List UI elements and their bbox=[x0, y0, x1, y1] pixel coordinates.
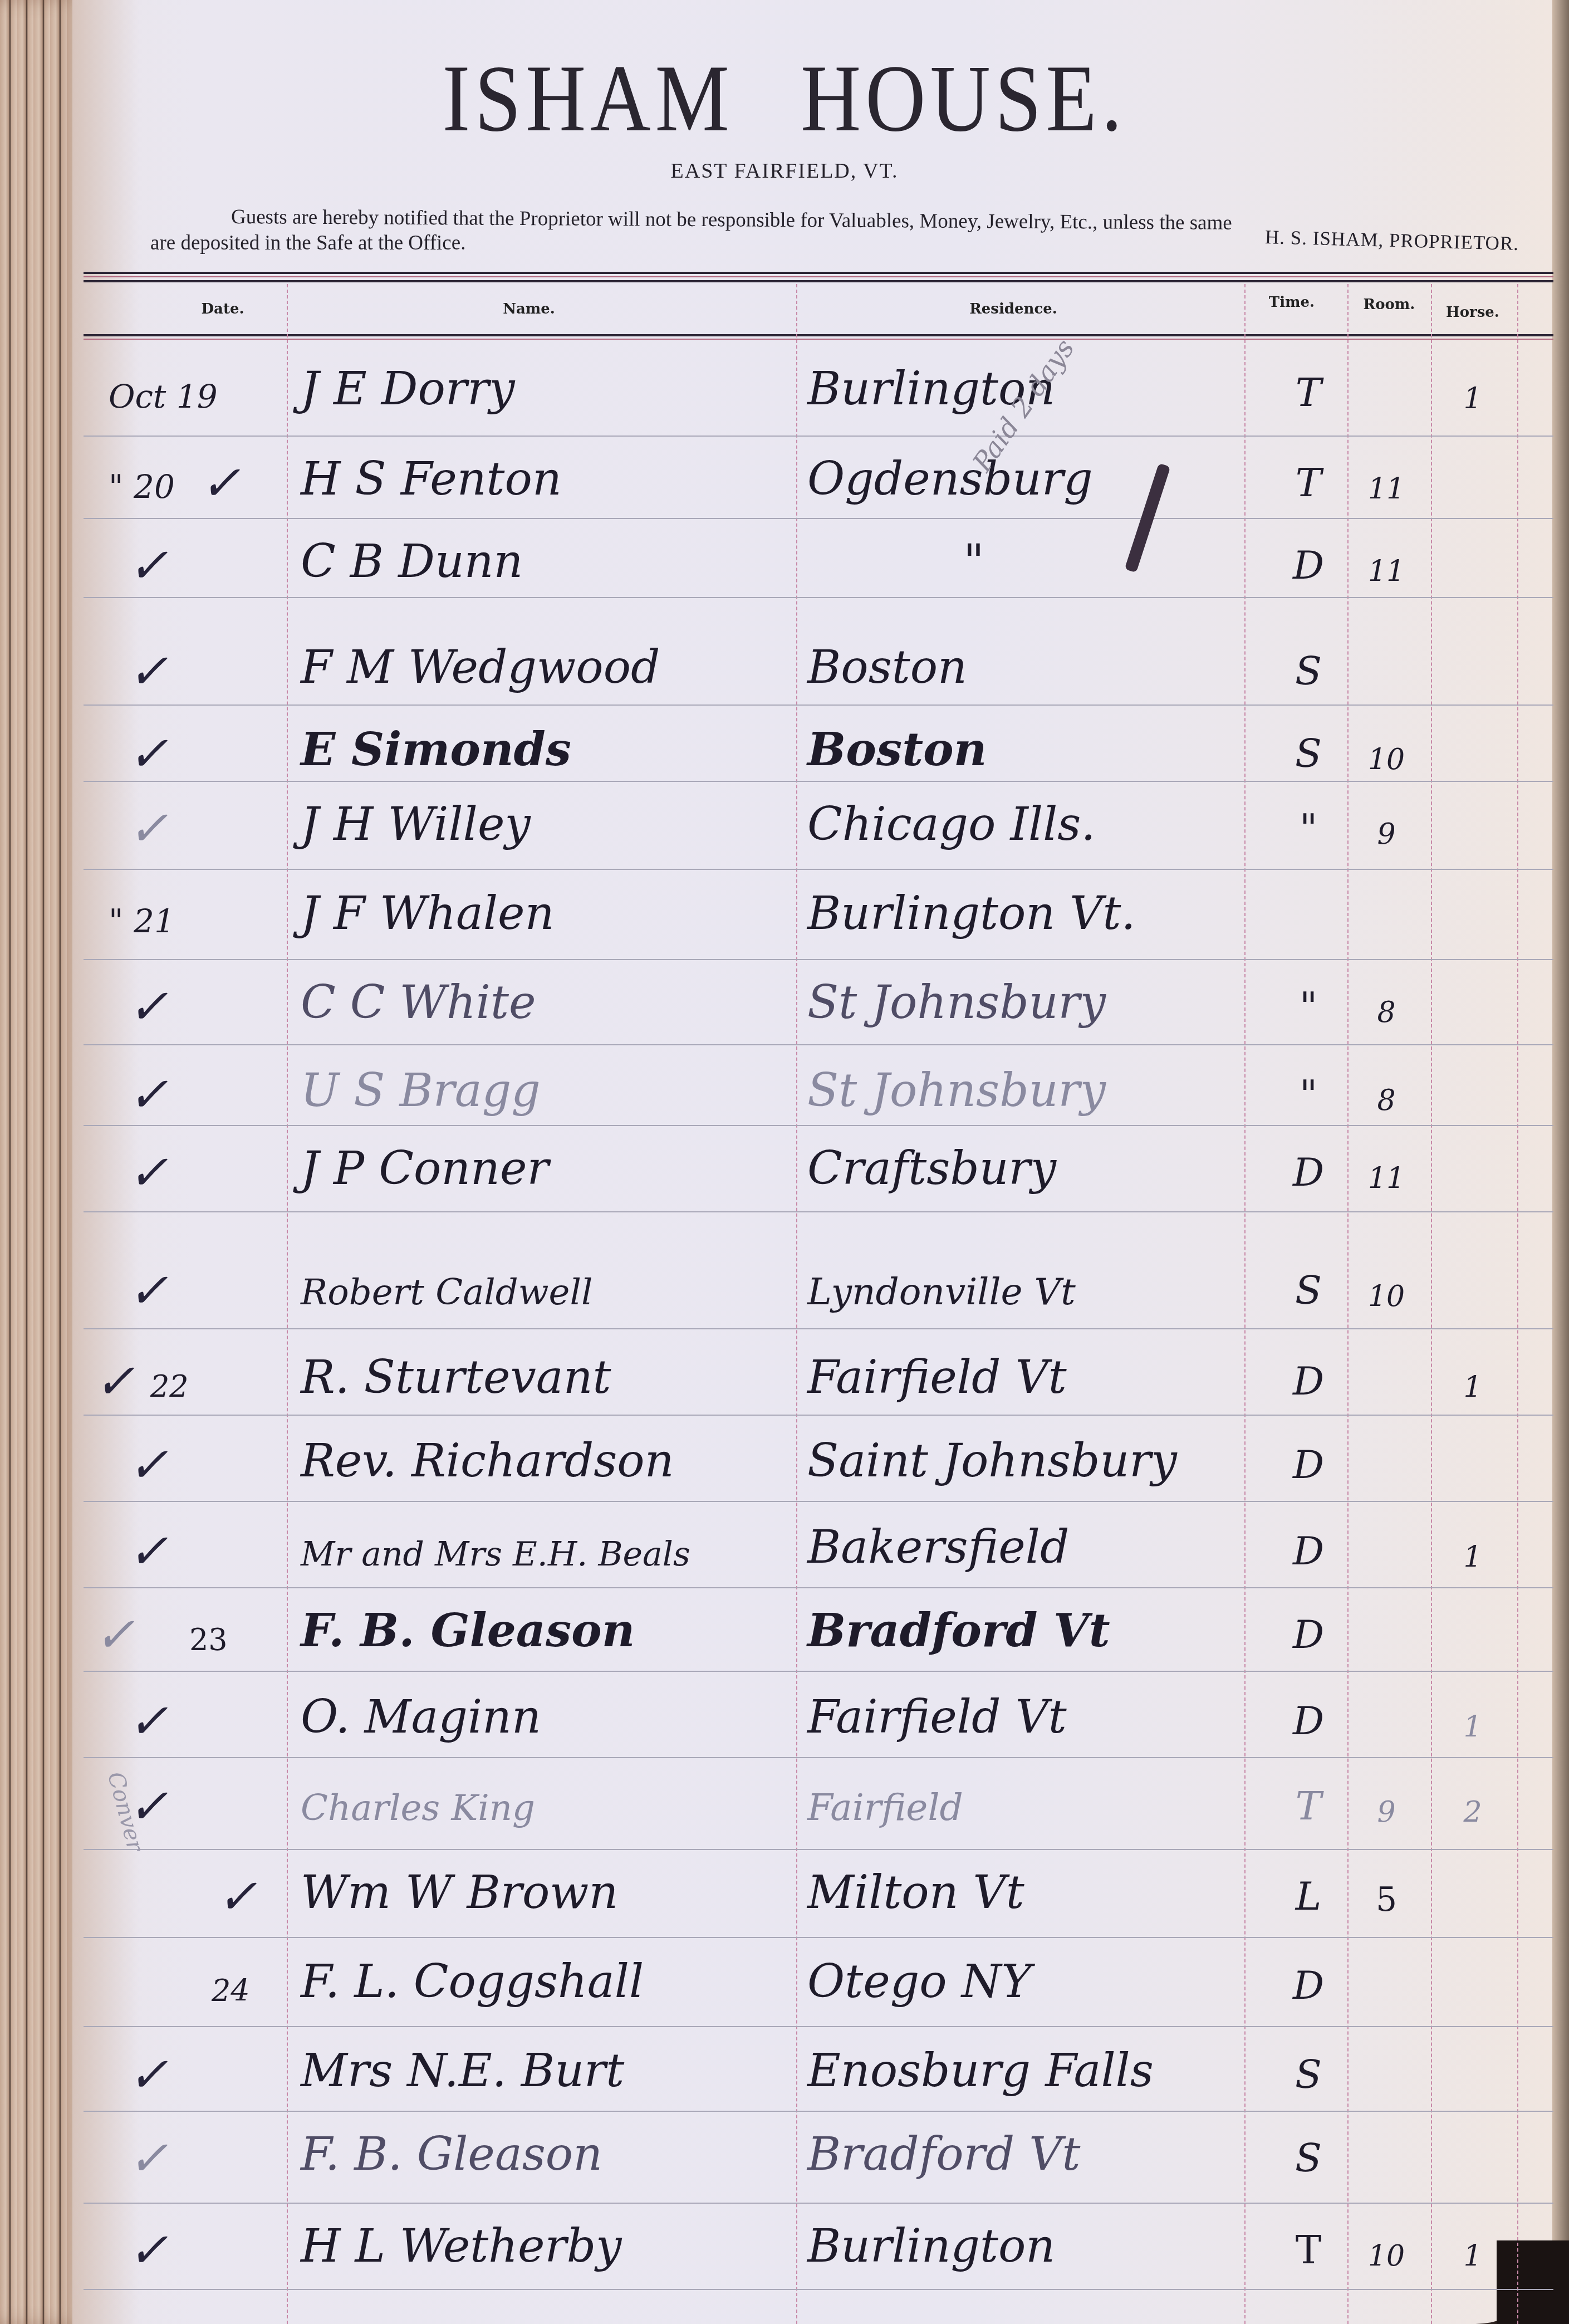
register-entry: ✓ 23 F. B. Gleason Bradford Vt D bbox=[84, 1587, 1553, 1666]
entry-name: H S Fenton bbox=[301, 453, 791, 506]
entry-room: 9 bbox=[1350, 1795, 1423, 1829]
ruled-line bbox=[84, 1757, 1553, 1758]
entry-time: T bbox=[1275, 460, 1342, 506]
entry-horse: 1 bbox=[1436, 382, 1509, 415]
entry-time: D bbox=[1275, 1963, 1342, 2008]
entry-residence: Bradford Vt bbox=[807, 1604, 1247, 1657]
entry-date: " 21 bbox=[109, 902, 287, 940]
entry-name: E Simonds bbox=[301, 723, 791, 776]
column-header-name: Name. bbox=[484, 301, 573, 317]
entry-time: D bbox=[1275, 1698, 1342, 1744]
entry-name: J F Whalen bbox=[301, 887, 791, 940]
check-mark-icon: ✓ bbox=[128, 1437, 168, 1493]
column-header-date: Date. bbox=[184, 301, 262, 317]
register-entry: Oct 19 J E Dorry Burlington T 1 bbox=[84, 345, 1553, 424]
entry-time: D bbox=[1275, 1528, 1342, 1574]
column-header-time: Time. bbox=[1258, 294, 1325, 311]
entry-time: T bbox=[1275, 2227, 1342, 2273]
entry-time: D bbox=[1275, 1149, 1342, 1195]
header-rule-bottom bbox=[84, 334, 1553, 336]
ruled-line bbox=[84, 1501, 1553, 1502]
ruled-line bbox=[84, 1044, 1553, 1045]
header-rule-top-2 bbox=[84, 280, 1553, 282]
check-mark-icon: ✓ bbox=[128, 1067, 168, 1123]
entry-name: F M Wedgwood bbox=[301, 641, 791, 694]
entry-horse: 1 bbox=[1436, 1710, 1509, 1744]
entry-residence: Chicago Ills. bbox=[807, 798, 1247, 851]
entry-name: J P Conner bbox=[301, 1142, 791, 1195]
entry-name: O. Maginn bbox=[301, 1691, 791, 1744]
entry-name: C C White bbox=[301, 976, 791, 1029]
entry-name: Rev. Richardson bbox=[301, 1435, 791, 1488]
header-rule-top-red bbox=[84, 276, 1553, 277]
register-entry: ✓ F M Wedgwood Boston S bbox=[84, 624, 1553, 703]
register-entry: ✓ Mr and Mrs E.H. Beals Bakersfield D 1 bbox=[84, 1504, 1553, 1583]
entry-time: D bbox=[1275, 1358, 1342, 1404]
entry-time: S bbox=[1275, 1268, 1342, 1313]
entry-name: Robert Caldwell bbox=[301, 1272, 791, 1313]
entry-time: D bbox=[1275, 1612, 1342, 1657]
entry-name: H L Wetherby bbox=[301, 2220, 791, 2273]
check-mark-icon: ✓ bbox=[128, 1263, 168, 1319]
entry-date: Oct 19 bbox=[109, 378, 287, 415]
entry-horse: 2 bbox=[1436, 1795, 1509, 1829]
check-mark-icon: ✓ bbox=[217, 1869, 257, 1925]
register-entry: ✓ C C White St Johnsbury " 8 bbox=[84, 959, 1553, 1038]
entry-horse: 1 bbox=[1436, 1540, 1509, 1574]
register-entry: ✓ H L Wetherby Burlington T 10 1 bbox=[84, 2203, 1553, 2282]
entry-name: F. B. Gleason bbox=[301, 2128, 791, 2181]
entry-name: Mrs N.E. Burt bbox=[301, 2044, 791, 2097]
entry-time: " bbox=[1275, 984, 1342, 1029]
entry-residence: Bradford Vt bbox=[807, 2128, 1247, 2181]
entry-date: 24 bbox=[212, 1973, 250, 2008]
ruled-line bbox=[84, 1671, 1553, 1672]
entry-room: 9 bbox=[1350, 818, 1423, 851]
entry-date: " 20 bbox=[109, 468, 287, 506]
check-mark-icon: ✓ bbox=[128, 801, 168, 857]
check-mark-icon: ✓ bbox=[95, 1354, 135, 1410]
location-subtitle: EAST FAIRFIELD, VT. bbox=[0, 159, 1569, 183]
ruled-line bbox=[84, 704, 1553, 706]
entry-time: D bbox=[1275, 1442, 1342, 1488]
register-entry: ✓ E Simonds Boston S 10 bbox=[84, 706, 1553, 785]
entry-residence: Lyndonville Vt bbox=[807, 1270, 1247, 1313]
entry-name: F. L. Coggshall bbox=[301, 1955, 791, 2008]
entry-residence: St Johnsbury bbox=[807, 976, 1247, 1029]
check-mark-icon: ✓ bbox=[128, 979, 168, 1035]
entry-name: F. B. Gleason bbox=[301, 1604, 791, 1657]
ruled-line bbox=[84, 1328, 1553, 1329]
register-entry: ✓ Charles King Fairfield T 9 2 bbox=[84, 1759, 1553, 1838]
entry-name: J H Willey bbox=[301, 798, 791, 851]
entry-horse: 1 bbox=[1436, 1371, 1509, 1404]
ruled-line bbox=[84, 597, 1553, 598]
column-header-room: Room. bbox=[1353, 296, 1425, 313]
register-entry: ✓ Mrs N.E. Burt Enosburg Falls S bbox=[84, 2027, 1553, 2106]
entry-residence: Ogdensburg bbox=[807, 453, 1247, 506]
entry-residence: Milton Vt bbox=[807, 1866, 1247, 1919]
check-mark-icon: ✓ bbox=[128, 538, 168, 594]
page-right-edge bbox=[1552, 0, 1569, 2324]
ruled-line bbox=[84, 1415, 1553, 1416]
check-mark-icon: ✓ bbox=[128, 2223, 168, 2278]
entry-time: T bbox=[1275, 1783, 1342, 1829]
entry-time: D bbox=[1275, 542, 1342, 588]
book-page-edges bbox=[0, 0, 84, 2324]
entry-room: 11 bbox=[1350, 555, 1423, 588]
register-entry: ✓ O. Maginn Fairfield Vt D 1 bbox=[84, 1674, 1553, 1753]
entry-time: L bbox=[1275, 1873, 1342, 1919]
entry-name: Wm W Brown bbox=[301, 1866, 791, 1919]
entry-residence: Craftsbury bbox=[807, 1142, 1247, 1195]
register-entry: ✓ J P Conner Craftsbury D 11 bbox=[84, 1125, 1553, 1204]
entry-residence: Fairfield bbox=[807, 1786, 1247, 1829]
title-isham: ISHAM bbox=[409, 43, 767, 153]
entry-time: T bbox=[1275, 370, 1342, 415]
register-entry: " 20 ✓ H S Fenton Ogdensburg T 11 bbox=[84, 436, 1553, 515]
entry-residence: Fairfield Vt bbox=[807, 1691, 1247, 1744]
entry-room: 11 bbox=[1350, 1162, 1423, 1195]
column-header-horse: Horse. bbox=[1436, 304, 1509, 321]
ruled-line bbox=[84, 1211, 1553, 1212]
check-mark-icon: ✓ bbox=[200, 456, 241, 511]
entry-residence: Enosburg Falls bbox=[807, 2044, 1247, 2097]
register-entry: ✓ F. B. Gleason Bradford Vt S bbox=[84, 2111, 1553, 2190]
entry-room: 11 bbox=[1350, 472, 1423, 506]
entry-room: 10 bbox=[1350, 743, 1423, 776]
entry-time: S bbox=[1275, 731, 1342, 776]
entry-time: " bbox=[1275, 1072, 1342, 1117]
column-header-residence: Residence. bbox=[947, 301, 1080, 317]
check-mark-icon: ✓ bbox=[95, 1607, 135, 1663]
entry-name: Charles King bbox=[301, 1788, 791, 1829]
register-entry: ✓ U S Bragg St Johnsbury " 8 bbox=[84, 1047, 1553, 1126]
entry-room: 8 bbox=[1350, 1084, 1423, 1117]
ruled-line bbox=[84, 2289, 1553, 2290]
entry-date: 22 bbox=[150, 1369, 189, 1404]
title-house: HOUSE. bbox=[767, 43, 1160, 153]
entry-time: S bbox=[1275, 2135, 1342, 2181]
entry-residence: Bakersfield bbox=[807, 1521, 1247, 1574]
entry-name: Mr and Mrs E.H. Beals bbox=[301, 1535, 791, 1574]
entry-horse: 1 bbox=[1436, 2239, 1509, 2273]
header-rule-top bbox=[84, 272, 1553, 274]
register-entry: ✓ Robert Caldwell Lyndonville Vt S 10 bbox=[84, 1243, 1553, 1322]
entry-residence: Saint Johnsbury bbox=[807, 1435, 1247, 1488]
check-mark-icon: ✓ bbox=[128, 1145, 168, 1201]
entry-residence: Fairfield Vt bbox=[807, 1351, 1247, 1404]
entry-room: 5 bbox=[1350, 1880, 1423, 1919]
register-entry: 24 F. L. Coggshall Otego NY D bbox=[84, 1938, 1553, 2017]
check-mark-icon: ✓ bbox=[128, 1694, 168, 1749]
check-mark-icon: ✓ bbox=[128, 726, 168, 782]
check-mark-icon: ✓ bbox=[128, 1524, 168, 1579]
entry-date: 23 bbox=[189, 1622, 228, 1657]
entry-time: S bbox=[1275, 2052, 1342, 2097]
register-entry: ✓ Rev. Richardson Saint Johnsbury D bbox=[84, 1417, 1553, 1496]
entry-residence: Boston bbox=[807, 641, 1247, 694]
check-mark-icon: ✓ bbox=[128, 2047, 168, 2103]
entry-name: C B Dunn bbox=[301, 535, 791, 588]
entry-name: J E Dorry bbox=[301, 363, 791, 415]
entry-room: 8 bbox=[1350, 996, 1423, 1029]
entry-residence: St Johnsbury bbox=[807, 1064, 1247, 1117]
entry-time: S bbox=[1275, 648, 1342, 694]
entry-room: 10 bbox=[1350, 2239, 1423, 2273]
entry-room: 10 bbox=[1350, 1280, 1423, 1313]
register-entry: ✓ 22 R. Sturtevant Fairfield Vt D 1 bbox=[84, 1334, 1553, 1413]
register-entry: " 21 J F Whalen Burlington Vt. bbox=[84, 870, 1553, 949]
entry-residence: Otego NY bbox=[807, 1955, 1247, 2008]
entry-residence: Burlington Vt. bbox=[807, 887, 1247, 940]
header-rule-bottom-red bbox=[84, 339, 1553, 340]
register-entry: ✓ C B Dunn " D 11 bbox=[84, 518, 1553, 597]
check-mark-icon: ✓ bbox=[128, 644, 168, 699]
entry-name: U S Bragg bbox=[301, 1064, 791, 1117]
page-title: ISHAMHOUSE. bbox=[0, 43, 1569, 153]
entry-name: R. Sturtevant bbox=[301, 1351, 791, 1404]
entry-time: " bbox=[1275, 805, 1342, 851]
register-entry: ✓ Wm W Brown Milton Vt L 5 bbox=[84, 1849, 1553, 1928]
check-mark-icon: ✓ bbox=[128, 2131, 168, 2186]
entry-residence: Burlington bbox=[807, 2220, 1247, 2273]
register-entry: ✓ J H Willey Chicago Ills. " 9 bbox=[84, 781, 1553, 860]
entry-residence: Boston bbox=[807, 723, 1247, 776]
